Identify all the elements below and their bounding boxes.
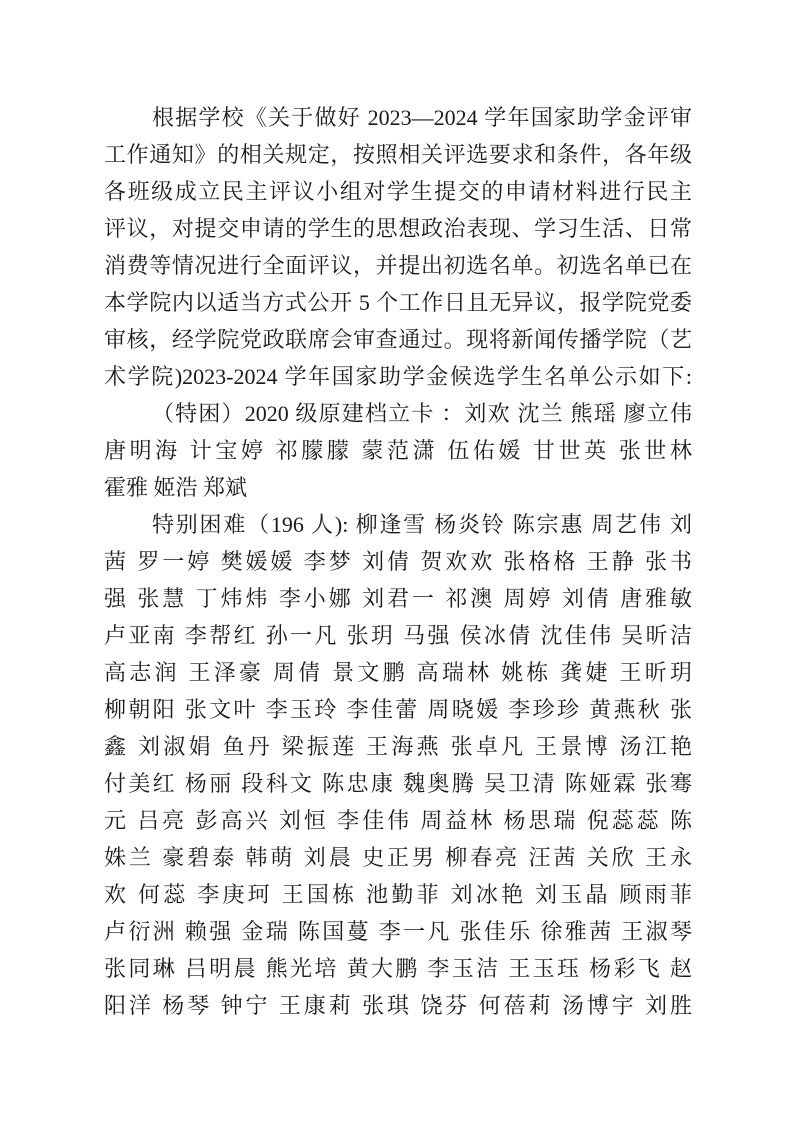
paragraph-intro-line: 评议，对提交申请的学生的思想政治表现、学习生活、日常 bbox=[104, 210, 692, 247]
paragraph-intro-line: 工作通知》的相关规定，按照相关评选要求和条件，各年级 bbox=[104, 136, 692, 173]
paragraph-intro-line: 各班级成立民主评议小组对学生提交的申请材料进行民主 bbox=[104, 173, 692, 210]
extreme-difficulty-list-line: 鑫 刘淑娟 鱼丹 梁振莲 王海燕 张卓凡 王景博 汤江艳 bbox=[104, 728, 692, 765]
paragraph-intro-line: 审核，经学院党政联席会审查通过。现将新闻传播学院（艺 bbox=[104, 321, 692, 358]
paragraph-intro-line: 消费等情况进行全面评议，并提出初选名单。初选名单已在 bbox=[104, 247, 692, 284]
paragraph-intro-line: 术学院)2023-2024 学年国家助学金候选学生名单公示如下: bbox=[104, 358, 692, 395]
extreme-difficulty-list-line: 高志润 王泽豪 周倩 景文鹏 高瑞林 姚栋 龚婕 王昕玥 bbox=[104, 654, 692, 691]
extreme-difficulty-list-line: 卢衍洲 赖强 金瑞 陈国蔓 李一凡 张佳乐 徐雅茜 王淑琴 bbox=[104, 913, 692, 950]
special-poverty-list-line: 唐明海 计宝婷 祁朦朦 蒙范潇 伍佑媛 甘世英 张世林 bbox=[104, 432, 692, 469]
extreme-difficulty-list-line: 茜 罗一婷 樊媛媛 李梦 刘倩 贺欢欢 张格格 王静 张书 bbox=[104, 543, 692, 580]
extreme-difficulty-list-line: 强 张慧 丁炜炜 李小娜 刘君一 祁澳 周婷 刘倩 唐雅敏 bbox=[104, 580, 692, 617]
extreme-difficulty-list-line: 阳洋 杨琴 钟宁 王康莉 张琪 饶芬 何蓓莉 汤博宇 刘胜 bbox=[104, 987, 692, 1024]
extreme-difficulty-list-line: 姝兰 豪碧泰 韩萌 刘晨 史正男 柳春亮 汪茜 关欣 王永 bbox=[104, 839, 692, 876]
extreme-difficulty-list-line: 特别困难（196 人): 柳逢雪 杨炎铃 陈宗惠 周艺伟 刘 bbox=[104, 506, 692, 543]
paragraph-intro-line: 本学院内以适当方式公开 5 个工作日且无异议，报学院党委 bbox=[104, 284, 692, 321]
extreme-difficulty-list-line: 元 吕亮 彭高兴 刘恒 李佳伟 周益林 杨思瑞 倪蕊蕊 陈 bbox=[104, 802, 692, 839]
page: 根据学校《关于做好 2023—2024 学年国家助学金评审 工作通知》的相关规定… bbox=[0, 0, 793, 1122]
paragraph-intro-line: 根据学校《关于做好 2023—2024 学年国家助学金评审 bbox=[104, 99, 692, 136]
extreme-difficulty-list-line: 付美红 杨丽 段科文 陈忠康 魏奥腾 吴卫清 陈娅霖 张骞 bbox=[104, 765, 692, 802]
document-page-body: { "page": { "background_color": "#ffffff… bbox=[0, 0, 793, 1122]
text-block: 根据学校《关于做好 2023—2024 学年国家助学金评审 工作通知》的相关规定… bbox=[104, 99, 692, 1024]
extreme-difficulty-list-line: 欢 何蕊 李庚珂 王国栋 池勤菲 刘冰艳 刘玉晶 顾雨菲 bbox=[104, 876, 692, 913]
extreme-difficulty-list-line: 卢亚南 李帮红 孙一凡 张玥 马强 侯冰倩 沈佳伟 吴昕洁 bbox=[104, 617, 692, 654]
special-poverty-list-line: 霍雅 姬浩 郑斌 bbox=[104, 469, 692, 506]
special-poverty-list-line: （特困）2020 级原建档立卡 ：刘欢 沈兰 熊瑶 廖立伟 bbox=[104, 395, 692, 432]
extreme-difficulty-list-line: 张同琳 吕明晨 熊光培 黄大鹏 李玉洁 王玉珏 杨彩飞 赵 bbox=[104, 950, 692, 987]
extreme-difficulty-list-line: 柳朝阳 张文叶 李玉玲 李佳蕾 周晓媛 李珍珍 黄燕秋 张 bbox=[104, 691, 692, 728]
